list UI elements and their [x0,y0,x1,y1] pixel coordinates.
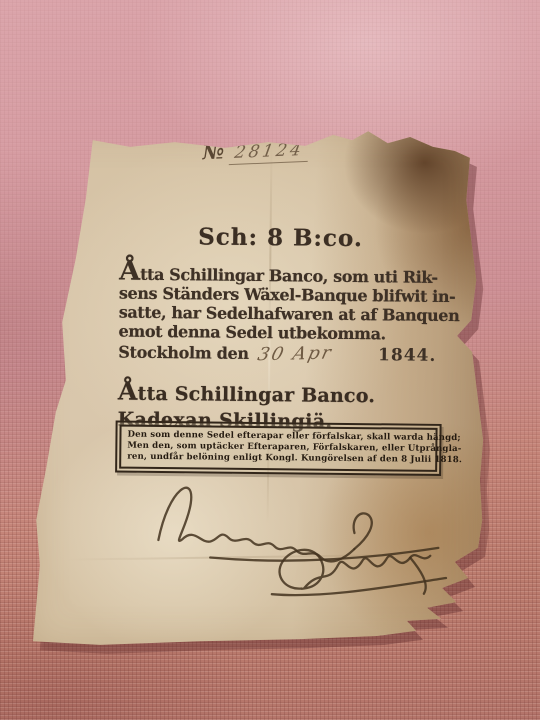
handwritten-signatures [106,334,454,608]
denomination-header: Sch: 8 B:co. [119,223,441,253]
fabric-background: № 28124 Sch: 8 B:co. Åtta Schillingar Ba… [0,0,540,720]
serial-number: 28124 [229,140,312,165]
serial-prefix: № [202,139,226,164]
banknote-paper: № 28124 Sch: 8 B:co. Åtta Schillingar Ba… [28,126,484,648]
banknote-content: № 28124 Sch: 8 B:co. Åtta Schillingar Ba… [25,124,486,651]
serial-number-row: № 28124 [202,136,310,166]
